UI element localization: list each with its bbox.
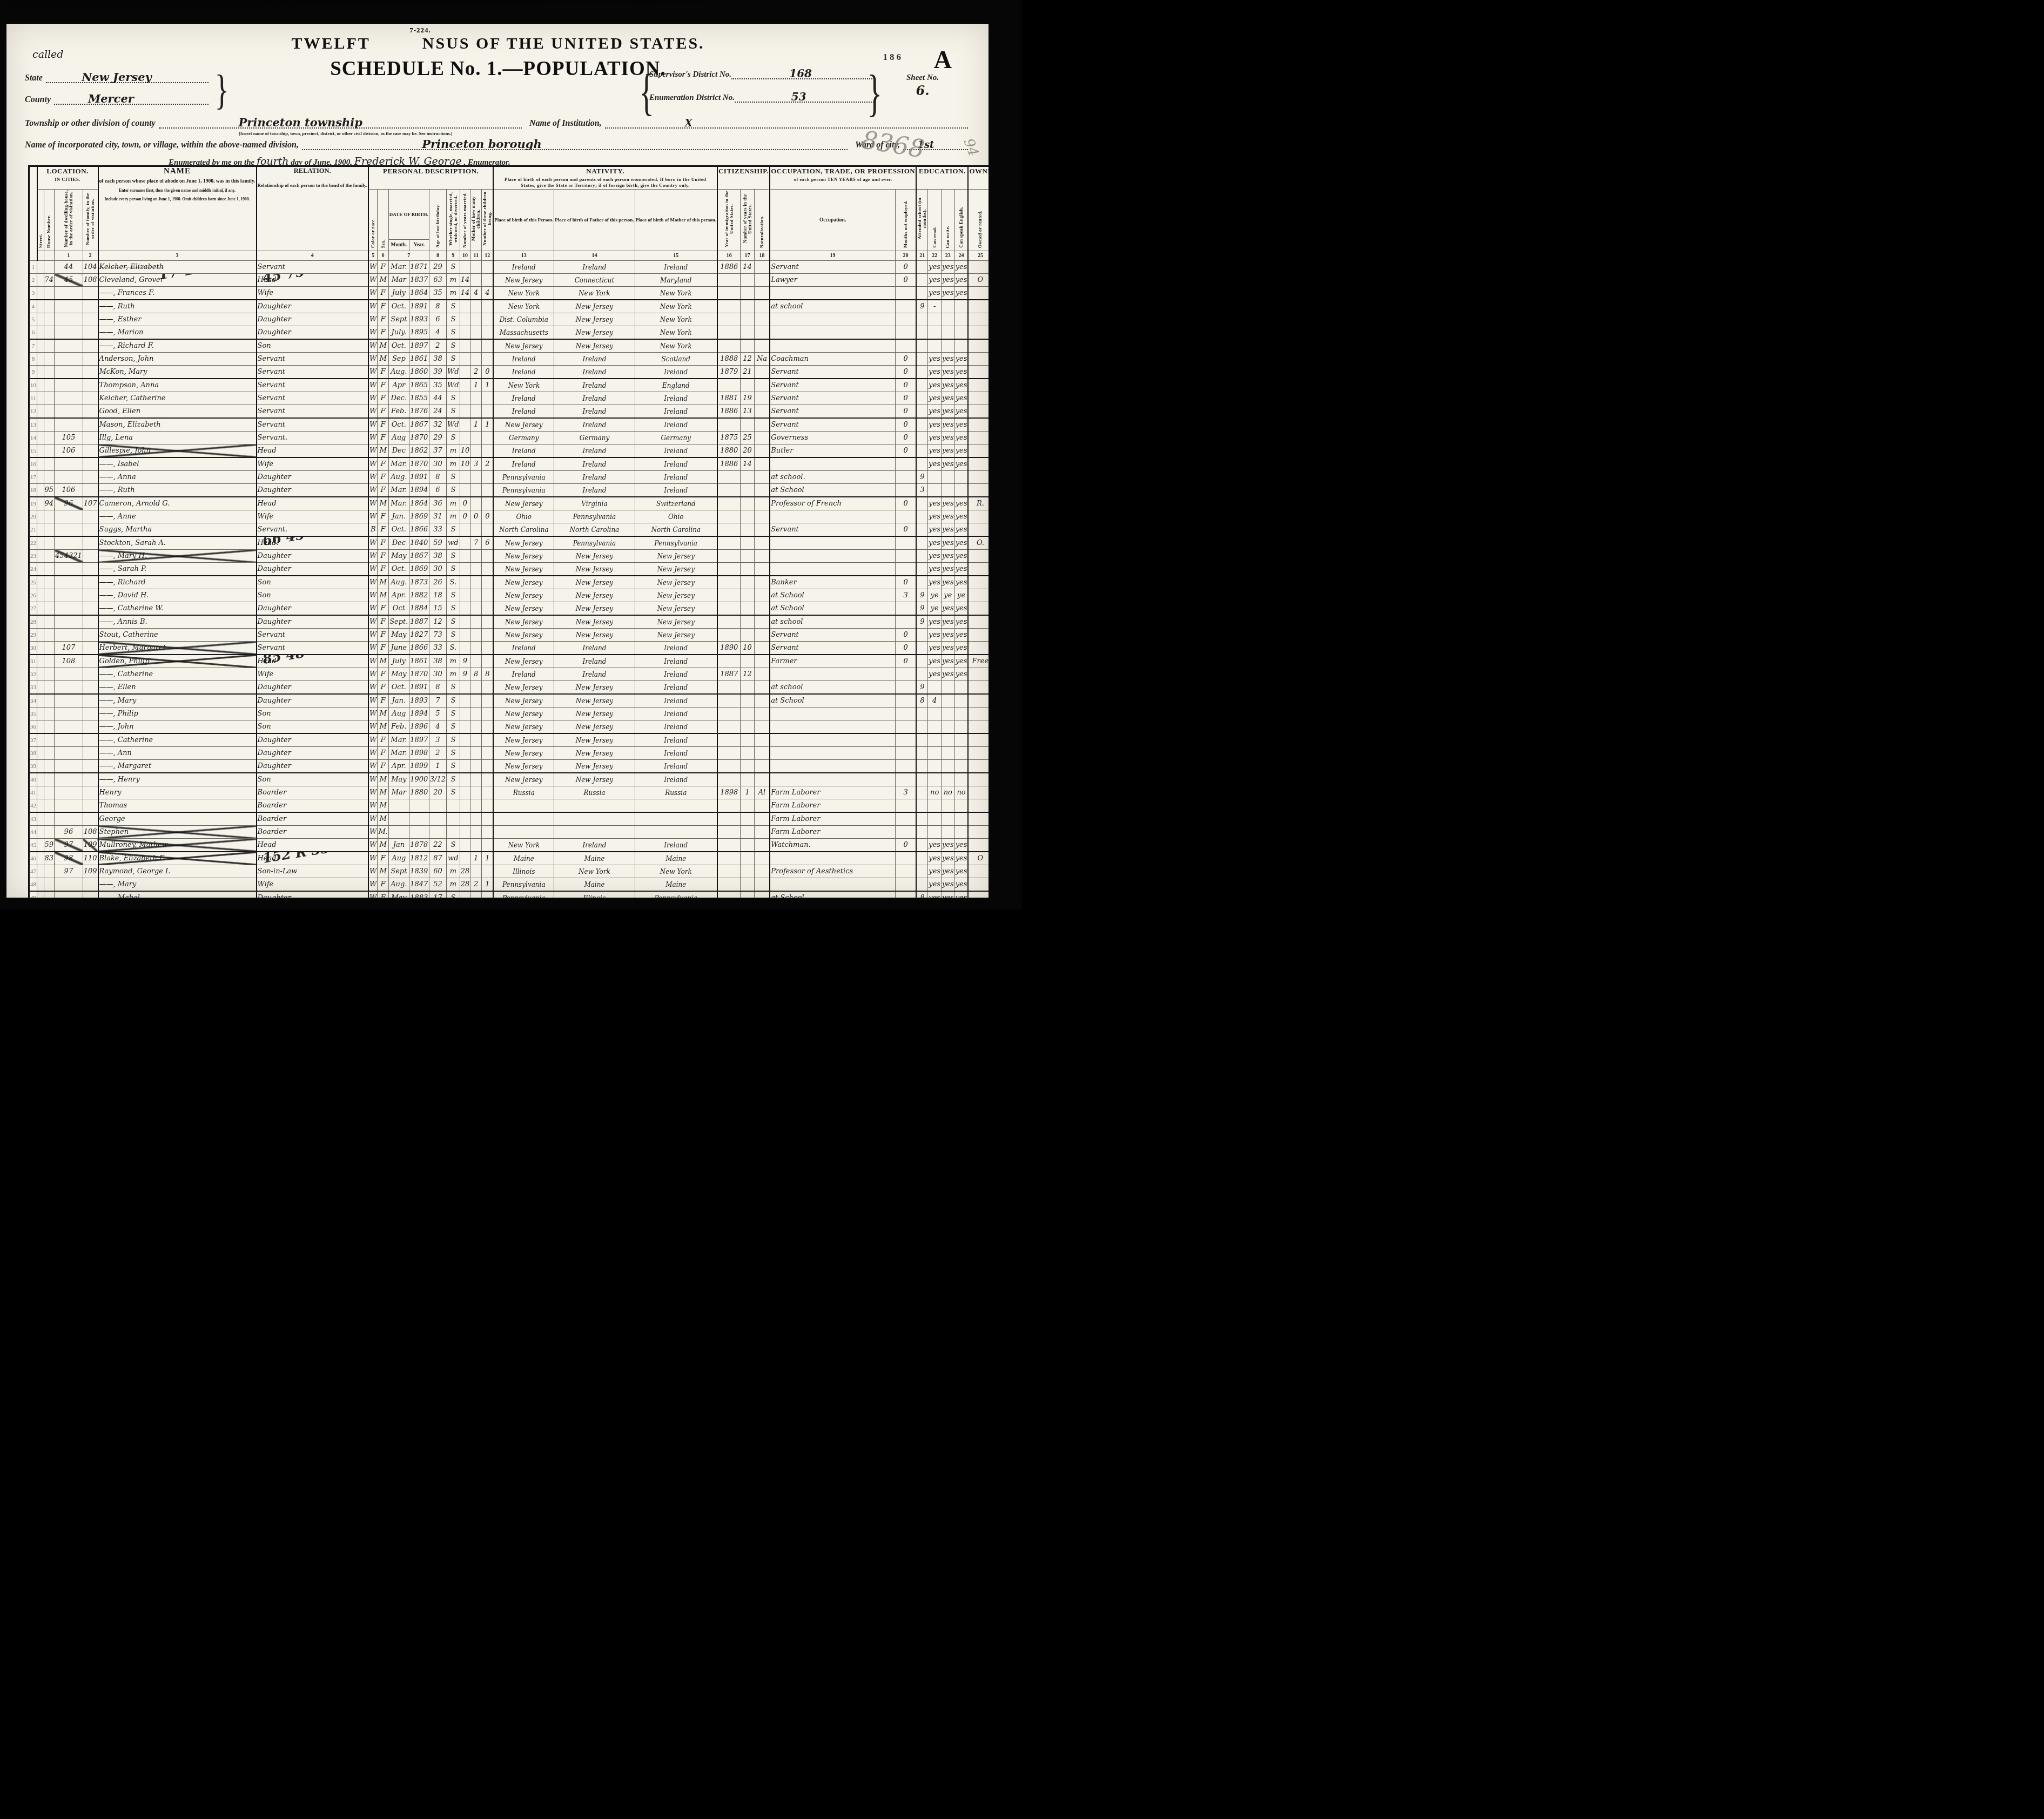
cell-ym	[460, 681, 470, 695]
cell-pm	[635, 812, 717, 826]
cell-occ: Servant	[770, 405, 895, 419]
colnum-7: 7	[388, 251, 429, 261]
cell-pm: Ireland	[635, 261, 717, 274]
row-number-left: 7	[29, 339, 37, 353]
cell-sx: M	[378, 720, 388, 734]
cell-sch	[916, 392, 928, 405]
city-line: Name of incorporated city, town, or vill…	[25, 140, 968, 150]
cell-wr: yes	[942, 510, 955, 523]
cell-rd: yes	[928, 287, 942, 300]
cell-pm: North Carolina	[635, 523, 717, 537]
cell-mo: Oct.	[388, 300, 409, 313]
row-number-left: 39	[29, 760, 37, 773]
cell-mu: 0	[895, 655, 916, 668]
cell-occ: Professor of Aesthetics	[770, 865, 895, 878]
cell-en: yes	[954, 405, 968, 419]
cell-age: 22	[429, 839, 446, 852]
cell-yr: 1837	[409, 274, 429, 287]
cell-mo: Oct.	[388, 681, 409, 695]
cell-pf: New Jersey	[554, 313, 635, 326]
cell-yr: 1827	[409, 629, 429, 642]
person-row: 40——, HenrySonWMMay19003/123mosSNew Jers…	[29, 773, 1023, 786]
cell-fam	[83, 287, 98, 300]
cell-occ: at School	[770, 589, 895, 602]
cell-rel: Son	[257, 576, 369, 589]
city-label: Name of incorporated city, town, or vill…	[25, 140, 299, 150]
cell-name: McKon, Mary	[98, 366, 257, 379]
group-occupation: OCCUPATION, TRADE, OR PROFESSION of each…	[770, 166, 916, 190]
cell-cl: 2	[482, 457, 494, 471]
cell-nat	[754, 747, 770, 760]
cell-mc	[470, 550, 482, 563]
cell-mu: 0	[895, 261, 916, 274]
cell-rel: Daughter	[257, 694, 369, 708]
cell-mu	[895, 681, 916, 695]
group-nativity: NATIVITY. Place of birth of each person …	[493, 166, 717, 190]
cell-rel: Boarder	[257, 786, 369, 799]
cell-fam	[83, 655, 98, 668]
cell-hn: 83	[44, 852, 55, 865]
person-row: 1895106——, RuthDaughterWFMar.18946SPenns…	[29, 484, 1023, 497]
cell-nat	[754, 484, 770, 497]
cell-cl	[482, 576, 494, 589]
cell-im: 1886	[717, 405, 741, 419]
cell-en: yes	[954, 457, 968, 471]
city-rule: Princeton borough	[302, 149, 848, 150]
cell-sch	[916, 812, 928, 826]
cell-wr: yes	[942, 576, 955, 589]
cell-yus	[741, 287, 754, 300]
cell-mar: S	[447, 523, 460, 537]
cell-rel: Daughter	[257, 733, 369, 747]
cell-mar: S	[447, 760, 460, 773]
cell-name: ——, Richard F.	[98, 339, 257, 353]
cell-dw	[55, 747, 83, 760]
cell-en	[954, 300, 968, 313]
cell-hn	[44, 536, 55, 550]
person-row: 37——, CatherineDaughterWFMar.18973SNew J…	[29, 733, 1023, 747]
cell-fam	[83, 484, 98, 497]
cell-mo	[388, 826, 409, 839]
cell-mc	[470, 497, 482, 510]
cell-mu	[895, 878, 916, 892]
cell-ym: 0	[460, 510, 470, 523]
cell-mar: S	[447, 720, 460, 734]
colnum-19: 19	[770, 251, 895, 261]
cell-en	[954, 471, 968, 484]
cell-occ	[770, 339, 895, 353]
cell-cl	[482, 681, 494, 695]
row-number-left: 38	[29, 747, 37, 760]
cell-hn	[44, 799, 55, 813]
cell-age: 8	[429, 300, 446, 313]
cell-rd: ye	[928, 589, 942, 602]
cell-rel: Daughter	[257, 313, 369, 326]
cell-occ	[770, 878, 895, 892]
cell-yr: 1867	[409, 550, 429, 563]
cell-yr: 1866	[409, 642, 429, 655]
cell-age: 3	[429, 733, 446, 747]
cell-pf: Pennsylvania	[554, 510, 635, 523]
cell-cl: 1	[482, 878, 494, 892]
cell-dw	[55, 418, 83, 432]
cell-en: no	[954, 786, 968, 799]
cell-wr	[942, 326, 955, 340]
cell-yr: 1871	[409, 261, 429, 274]
cell-ym: 28	[460, 878, 470, 892]
cell-pb: Ireland	[493, 457, 554, 471]
cell-name: Blake, Elizabeth F.	[98, 852, 257, 865]
cell-en: yes	[954, 602, 968, 616]
cell-c: W	[368, 865, 378, 878]
cell-wr: no	[942, 786, 955, 799]
cell-hn	[44, 457, 55, 471]
cell-mc	[470, 444, 482, 458]
cell-st	[37, 300, 44, 313]
cell-yus	[741, 576, 754, 589]
cell-sx: F	[378, 602, 388, 616]
cell-mo: May	[388, 550, 409, 563]
cell-fam	[83, 444, 98, 458]
cell-mo: Aug.	[388, 576, 409, 589]
cell-dw	[55, 471, 83, 484]
cell-pb: Ireland	[493, 353, 554, 366]
cell-rel: Son	[257, 589, 369, 602]
cell-fam	[83, 379, 98, 392]
cell-c: W	[368, 287, 378, 300]
cell-rel: Daughter	[257, 681, 369, 695]
cell-yus: 10	[741, 642, 754, 655]
cell-rd: yes	[928, 444, 942, 458]
cell-mu: 0	[895, 405, 916, 419]
person-row: 32——, CatherineWifeWFMay187030m988Irelan…	[29, 668, 1023, 681]
cell-cl	[482, 523, 494, 537]
cell-st	[37, 339, 44, 353]
cell-sch	[916, 432, 928, 444]
cell-mo: May	[388, 773, 409, 786]
cell-rel: Boarder	[257, 799, 369, 813]
cell-mar: m	[447, 865, 460, 878]
cell-fam	[83, 563, 98, 576]
sheet-value: 6.	[890, 83, 955, 98]
cell-mar: S	[447, 773, 460, 786]
cell-rd: yes	[928, 563, 942, 576]
cell-nat	[754, 379, 770, 392]
cell-pf: New Jersey	[554, 326, 635, 340]
cell-hn	[44, 405, 55, 419]
cell-occ: Watchman.	[770, 839, 895, 852]
cell-age: 73	[429, 629, 446, 642]
cell-wr	[942, 471, 955, 484]
census-title-right: NSUS OF THE UNITED STATES.	[422, 35, 705, 52]
cell-mar: S	[447, 300, 460, 313]
cell-cl	[482, 786, 494, 799]
cell-nat	[754, 444, 770, 458]
col-pob-person: Place of birth of this Person.	[493, 190, 554, 251]
cell-occ: Servant	[770, 261, 895, 274]
cell-mu	[895, 708, 916, 720]
cell-wr: yes	[942, 655, 955, 668]
institution-value: X	[685, 118, 692, 129]
cell-st	[37, 366, 44, 379]
cell-rel: Head85 48	[257, 655, 369, 668]
cell-mo: July	[388, 287, 409, 300]
cell-age: 52	[429, 878, 446, 892]
cell-mc	[470, 261, 482, 274]
cell-cl	[482, 563, 494, 576]
cell-pm: Russia	[635, 786, 717, 799]
cell-rel: Wife	[257, 510, 369, 523]
cell-mu: 0	[895, 418, 916, 432]
person-row: 27445108Cleveland, Grover17 13Head45 75W…	[29, 274, 1023, 287]
cell-hn	[44, 563, 55, 576]
cell-dw: 108	[55, 655, 83, 668]
colnum-18: 18	[754, 251, 770, 261]
cell-pb: Germany	[493, 432, 554, 444]
cell-mu	[895, 326, 916, 340]
cell-c: B	[368, 523, 378, 537]
cell-mc	[470, 339, 482, 353]
cell-sx: F	[378, 747, 388, 760]
cell-rd: 4	[928, 694, 942, 708]
row-number-left: 1	[29, 261, 37, 274]
cell-yus	[741, 274, 754, 287]
cell-en: yes	[954, 615, 968, 629]
cell-rel: Servant	[257, 366, 369, 379]
cell-mo: Aug.	[388, 471, 409, 484]
cell-hn	[44, 287, 55, 300]
cell-pb: New Jersey	[493, 681, 554, 695]
cell-pm: Ireland	[635, 457, 717, 471]
cell-yus	[741, 852, 754, 865]
cell-en: yes	[954, 261, 968, 274]
cell-st: Bayard	[37, 760, 44, 773]
cell-cl	[482, 629, 494, 642]
cell-st	[37, 274, 44, 287]
cell-hn	[44, 523, 55, 537]
cell-im	[717, 773, 741, 786]
cell-rel: Daughter	[257, 563, 369, 576]
cell-ym: 10	[460, 457, 470, 471]
cell-im	[717, 720, 741, 734]
cell-sch: 9	[916, 300, 928, 313]
group-education: EDUCATION.	[916, 166, 968, 190]
cell-age: 5	[429, 708, 446, 720]
cell-occ	[770, 510, 895, 523]
cell-sx: F	[378, 536, 388, 550]
cell-nat	[754, 287, 770, 300]
col-months-unemployed: Months not employed.	[895, 190, 916, 251]
cell-pb: New Jersey	[493, 497, 554, 510]
cell-dw: 45	[55, 274, 83, 287]
cell-wr: yes	[942, 852, 955, 865]
cell-occ	[770, 773, 895, 786]
cell-en	[954, 326, 968, 340]
cell-mc	[470, 655, 482, 668]
cell-pf: New Jersey	[554, 708, 635, 720]
cell-pf: New Jersey	[554, 563, 635, 576]
cell-pb: New Jersey	[493, 720, 554, 734]
district-open-brace: {	[639, 62, 654, 122]
cell-pb: Ireland	[493, 444, 554, 458]
cell-pf: New Jersey	[554, 773, 635, 786]
cell-name: ——, Richard	[98, 576, 257, 589]
cell-pf: New Jersey	[554, 760, 635, 773]
handwritten-annotation: 152 R 35	[261, 852, 331, 865]
cell-occ	[770, 668, 895, 681]
cell-ym	[460, 326, 470, 340]
cell-nat	[754, 708, 770, 720]
cell-rel: Wife	[257, 287, 369, 300]
cell-wr: yes	[942, 497, 955, 510]
cell-c: W	[368, 313, 378, 326]
cell-sch	[916, 826, 928, 839]
cell-sx: M	[378, 839, 388, 852]
group-name: NAME of each person whose place of abode…	[98, 166, 257, 251]
column-numbers-row: 1 2 3 4 5 6 7 8 9 10 11 12 13 14 15 16 1	[29, 251, 1023, 261]
cell-name: Raymond, George L	[98, 865, 257, 878]
group-location: LOCATION. IN CITIES.	[37, 166, 98, 190]
cell-pb: Ireland	[493, 261, 554, 274]
colnum-13: 13	[493, 251, 554, 261]
cell-mo: Mar.	[388, 497, 409, 510]
cell-ym	[460, 747, 470, 760]
cell-pm: Germany	[635, 432, 717, 444]
person-row: 4496108StephenBoarderWM.Farm Laborer44	[29, 826, 1023, 839]
cell-c: W	[368, 655, 378, 668]
cell-hn	[44, 261, 55, 274]
cell-occ	[770, 457, 895, 471]
cell-rd: yes	[928, 629, 942, 642]
cell-pf: New Jersey	[554, 602, 635, 616]
col-can-speak-english: Can speak English.	[954, 190, 968, 251]
cell-ym	[460, 536, 470, 550]
cell-sch	[916, 629, 928, 642]
cell-nat	[754, 392, 770, 405]
cell-mo: May	[388, 668, 409, 681]
cell-en: yes	[954, 432, 968, 444]
cell-sch	[916, 418, 928, 432]
cell-rel: Servant	[257, 261, 369, 274]
person-row: 42ThomasBoarderWMFarm Laborer42	[29, 799, 1023, 813]
cell-occ	[770, 287, 895, 300]
cell-im	[717, 300, 741, 313]
cell-yr: 1861	[409, 655, 429, 668]
county-rule: Mercer	[54, 104, 209, 105]
cell-c: W	[368, 642, 378, 655]
cell-hn	[44, 589, 55, 602]
cell-pb: New York	[493, 379, 554, 392]
cell-fam	[83, 708, 98, 720]
cell-mc: 1	[470, 379, 482, 392]
cell-occ	[770, 536, 895, 550]
cell-en: yes	[954, 839, 968, 852]
cell-rel: Head45 75	[257, 274, 369, 287]
cell-pf: Ireland	[554, 392, 635, 405]
cell-rel: Daughter	[257, 300, 369, 313]
cell-sch	[916, 444, 928, 458]
person-row: 20——, AnneWifeWFJan.186931m000OhioPennsy…	[29, 510, 1023, 523]
cell-yr: 1870	[409, 432, 429, 444]
cell-rd	[928, 773, 942, 786]
cell-st	[37, 589, 44, 602]
cell-occ: Farm Laborer	[770, 812, 895, 826]
cell-im	[717, 852, 741, 865]
cell-yr: 1891	[409, 300, 429, 313]
cell-mo: July	[388, 655, 409, 668]
cell-pb: New York	[493, 287, 554, 300]
sheet-label: Sheet No.	[890, 73, 955, 83]
institution-rule: X	[605, 127, 968, 129]
cell-pb	[493, 812, 554, 826]
cell-sx: F	[378, 392, 388, 405]
cell-fam	[83, 576, 98, 589]
cell-age: 4	[429, 326, 446, 340]
cell-rd: yes	[928, 668, 942, 681]
cell-en: yes	[954, 563, 968, 576]
cell-ym	[460, 392, 470, 405]
person-row: 15106Gillespie, JohnHeadWMDec186237m10Ir…	[29, 444, 1023, 458]
cell-mc	[470, 523, 482, 537]
cell-im	[717, 694, 741, 708]
cell-mu	[895, 760, 916, 773]
cell-c: W	[368, 510, 378, 523]
cell-name: Mullroney, Mathew	[98, 839, 257, 852]
cell-rel: Daughter	[257, 615, 369, 629]
cell-nat	[754, 563, 770, 576]
cell-pb: New Jersey	[493, 589, 554, 602]
cell-occ	[770, 326, 895, 340]
cell-rel: Son	[257, 720, 369, 734]
cell-mc	[470, 353, 482, 366]
cell-cl: 1	[482, 852, 494, 865]
cell-dw	[55, 392, 83, 405]
cell-mu: 0	[895, 444, 916, 458]
cell-st	[37, 510, 44, 523]
cell-pm: Ireland	[635, 471, 717, 484]
cell-nat	[754, 760, 770, 773]
cell-im	[717, 274, 741, 287]
cell-st	[37, 826, 44, 839]
cell-yr: 1864	[409, 287, 429, 300]
cell-fam	[83, 760, 98, 773]
sheet-header: 7-224. TWELFTNSUS OF THE UNITED STATES. …	[6, 24, 990, 165]
cell-fam	[83, 668, 98, 681]
cell-mo: Aug	[388, 708, 409, 720]
cell-name: ——, John	[98, 720, 257, 734]
cell-hn: 95	[44, 484, 55, 497]
cell-name: Thompson, Anna	[98, 379, 257, 392]
cell-st	[37, 484, 44, 497]
cell-pm: New Jersey	[635, 563, 717, 576]
handwritten-annotation: 85 48	[261, 655, 306, 667]
cell-ym: 28	[460, 865, 470, 878]
colnum-24: 24	[954, 251, 968, 261]
cell-yus	[741, 708, 754, 720]
enum-post: , Enumerator.	[464, 158, 510, 167]
cell-occ	[770, 747, 895, 760]
cell-sch: 9	[916, 602, 928, 616]
township-rule: Princeton township	[159, 127, 522, 129]
cell-rel: Head.66 45	[257, 536, 369, 550]
cell-wr: yes	[942, 287, 955, 300]
cell-c: W	[368, 878, 378, 892]
person-row: 11Kelcher, CatherineServantWFDec.185544S…	[29, 392, 1023, 405]
cell-sx: F	[378, 287, 388, 300]
cell-hn: 74	[44, 274, 55, 287]
cell-age: 12	[429, 615, 446, 629]
cell-st	[37, 523, 44, 537]
